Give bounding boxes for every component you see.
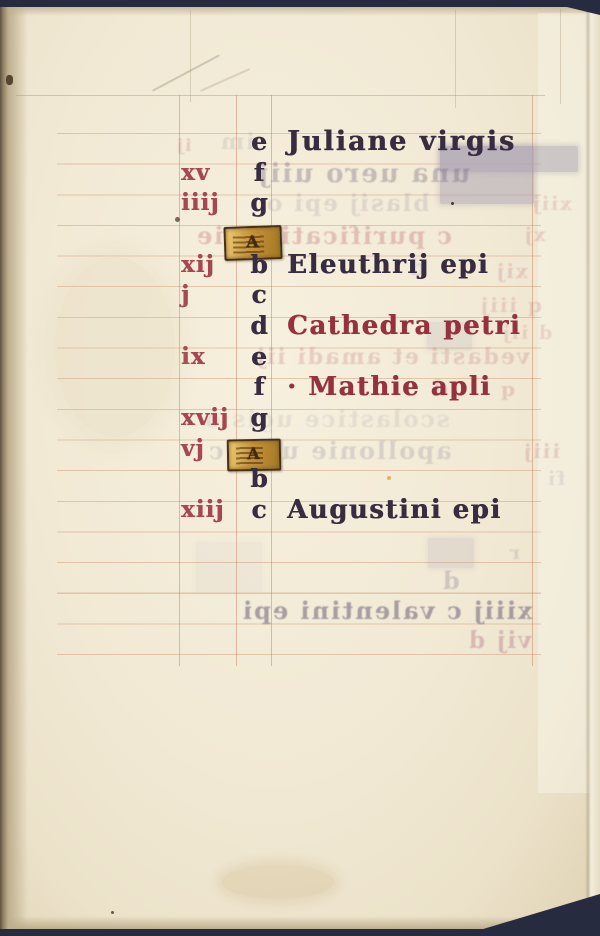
parchment-seam — [455, 10, 456, 108]
ink-speck — [175, 217, 180, 222]
dominical-letter: g — [246, 402, 272, 434]
stain-patch — [222, 865, 334, 899]
golden-number: j — [181, 279, 190, 311]
feast-entry: Augustini epi — [287, 494, 502, 526]
dominical-letter: f — [246, 371, 272, 403]
ink-speck — [451, 202, 454, 205]
dominical-letter: e — [246, 126, 272, 158]
dominical-letter: e — [246, 341, 272, 373]
parchment-seam — [560, 9, 561, 104]
feast-entry: · Mathie apli — [287, 371, 491, 403]
showthrough-text: r — [508, 542, 520, 564]
calendar-row: iiij g — [0, 187, 600, 218]
golden-number: xv — [181, 157, 210, 189]
calendar-row: b — [0, 463, 600, 494]
golden-number: vj — [181, 433, 205, 465]
calendar-row: vj — [0, 433, 600, 464]
feast-entry: Cathedra petri — [287, 310, 521, 342]
golden-number: xiij — [181, 494, 225, 526]
showthrough-text: xiiij c valentini epi — [241, 596, 532, 625]
dominical-letter: b — [246, 249, 272, 281]
golden-number: xij — [181, 249, 215, 281]
dominical-letter: c — [246, 494, 272, 526]
showthrough-text: vij d — [467, 627, 532, 654]
stain-patch — [55, 257, 175, 437]
calendar-row: xv f — [0, 157, 600, 188]
feast-entry: Eleuthrij epi — [287, 249, 489, 281]
ruling-line-horizontal — [16, 95, 545, 96]
pencil-marks — [200, 68, 250, 92]
golden-number: iiij — [181, 187, 220, 219]
dominical-letter: c — [246, 279, 272, 311]
calendar-row: e Juliane virgis — [0, 126, 600, 157]
golden-number: xvij — [181, 402, 229, 434]
parchment-seam — [190, 10, 191, 102]
ink-speck — [387, 476, 391, 480]
gold-initial-letter: A — [247, 444, 261, 463]
dominical-letter: d — [246, 310, 272, 342]
showthrough-text: d — [441, 566, 460, 595]
calendar-row: xiij c Augustini epi — [0, 494, 600, 525]
feast-entry: Juliane virgis — [287, 126, 516, 158]
manuscript-page: im ij una uero uiij blasij epi o xiij c … — [0, 7, 600, 929]
showthrough-text: xj — [523, 224, 545, 246]
dominical-letter: f — [246, 157, 272, 189]
dominical-letter: g — [246, 187, 272, 219]
dominical-letter: b — [246, 463, 272, 495]
page-top-edge — [0, 7, 600, 16]
golden-number: ix — [181, 341, 205, 373]
stain-patch — [428, 538, 474, 568]
stain-patch — [196, 542, 262, 592]
ink-speck — [111, 911, 114, 914]
gutter-notch — [6, 75, 13, 85]
photo-backdrop: im ij una uero uiij blasij epi o xiij c … — [0, 0, 600, 936]
